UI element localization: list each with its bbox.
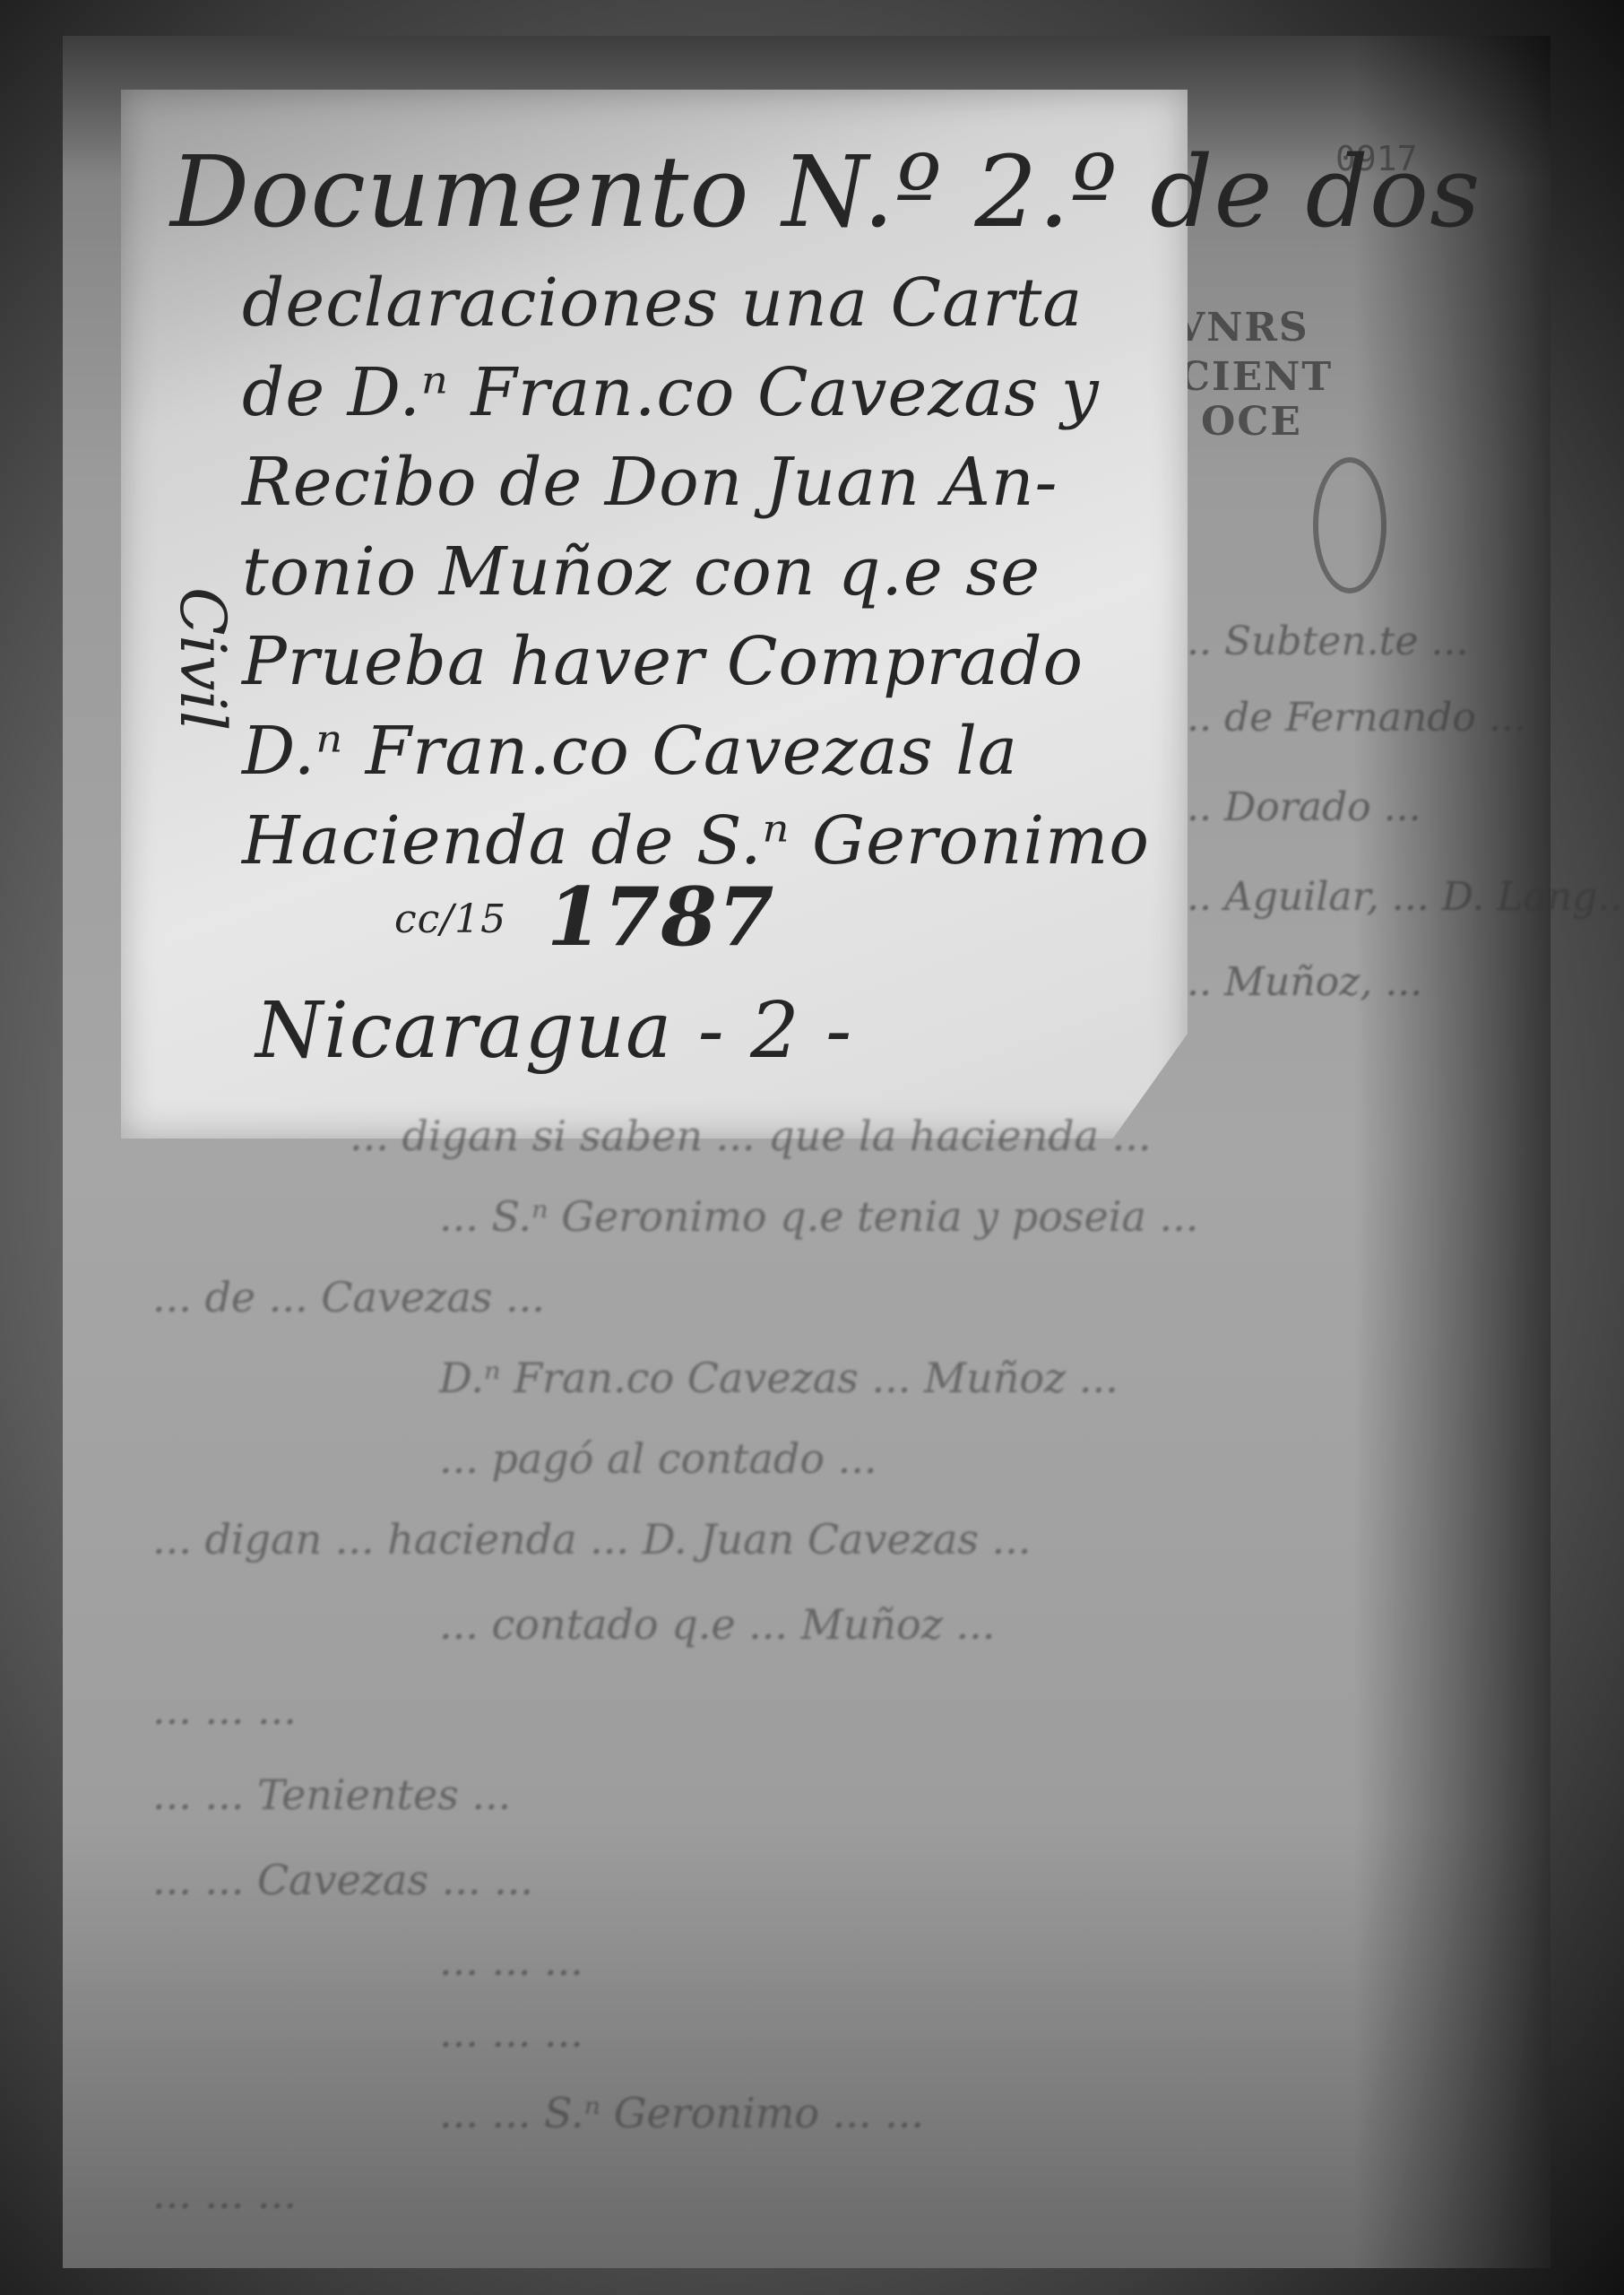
label-line-2: declaraciones una Carta [242, 264, 1083, 342]
body-line: ... ... Tenientes ... [152, 1771, 511, 1819]
label-line-7: D.ⁿ Fran.co Cavezas la [242, 713, 1018, 790]
label-line-5: tonio Muñoz con q.e se [242, 533, 1041, 611]
right-column-line: ... Muñoz, ... [1174, 959, 1422, 1005]
document-year: 1787 [547, 870, 775, 965]
catalog-mark: cc/15 [394, 896, 506, 942]
body-line: ... ... ... [152, 2169, 297, 2218]
body-line: ... S.ⁿ Geronimo q.e tenia y poseia ... [439, 1192, 1198, 1241]
right-column-line: ... de Fernando ... [1174, 695, 1526, 740]
body-line: ... ... S.ⁿ Geronimo ... ... [439, 2089, 924, 2137]
body-line: D.ⁿ Fran.co Cavezas ... Muñoz ... [439, 1354, 1119, 1402]
body-line: ... ... ... [439, 2008, 583, 2057]
right-column-line: ... Dorado ... [1174, 784, 1421, 830]
body-line: ... ... ... [152, 1685, 297, 1734]
region-label: Nicaragua - 2 - [255, 986, 852, 1076]
label-line-1: Documento N.º 2.º de dos [170, 134, 1481, 249]
right-column-line: ... Subten.te ... [1174, 619, 1468, 664]
label-line-8: Hacienda de S.ⁿ Geronimo [242, 802, 1150, 879]
label-line-3: de D.ⁿ Fran.co Cavezas y [242, 354, 1100, 431]
body-line: ... contado q.e ... Muñoz ... [439, 1600, 995, 1649]
stamp-line-3: OCE [1201, 399, 1302, 445]
body-line: ... de ... Cavezas ... [152, 1273, 545, 1321]
margin-note: Civil [166, 587, 239, 731]
body-line: ... pagó al contado ... [439, 1434, 877, 1483]
right-column-line: ... Aguilar, ... D. Lang... [1174, 874, 1624, 920]
manuscript-page: 0917 VNRS CIENT OCE ... Subten.te ... ..… [63, 36, 1551, 2268]
body-line: ... ... Cavezas ... ... [152, 1856, 533, 1904]
page-shadow-right [1353, 36, 1551, 2268]
body-line: ... digan ... hacienda ... D. Juan Cavez… [152, 1515, 1031, 1563]
body-line: ... ... ... [439, 1936, 583, 1985]
label-line-4: Recibo de Don Juan An- [242, 444, 1058, 521]
stamp-line-2: CIENT [1179, 354, 1333, 400]
decorative-flourish [1313, 457, 1386, 593]
scan-frame: 0917 VNRS CIENT OCE ... Subten.te ... ..… [0, 0, 1624, 2295]
body-line: ... digan si saben ... que la hacienda .… [350, 1112, 1152, 1160]
stamp-line-1: VNRS [1174, 305, 1309, 351]
label-line-6: Prueba haver Comprado [242, 623, 1084, 700]
